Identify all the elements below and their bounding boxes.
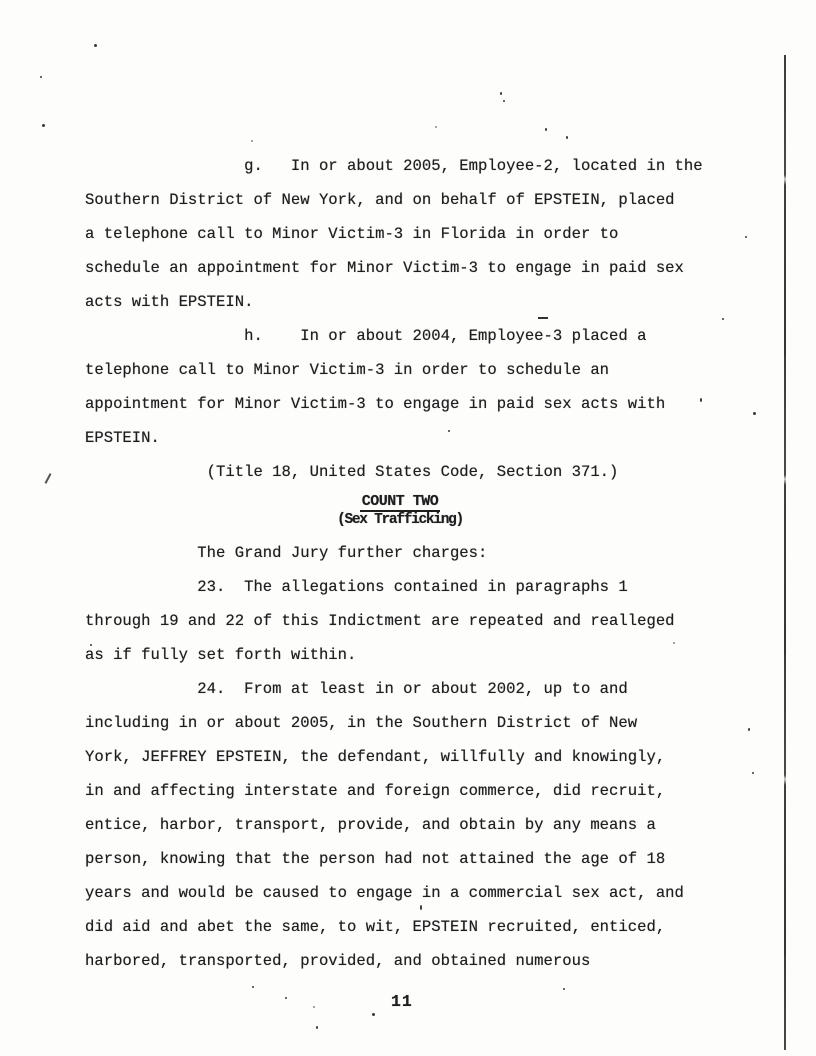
scan-speck [94, 44, 97, 47]
count-subheading: (Sex Trafficking) [0, 512, 800, 529]
count-heading: COUNT TWO [360, 493, 441, 512]
paragraph-g: g. In or about 2005, Employee-2, located… [85, 149, 703, 319]
scan-speck [722, 318, 724, 320]
scan-speck [40, 76, 42, 78]
count-two-heading-block: COUNT TWO (Sex Trafficking) [0, 493, 800, 529]
scan-speck [563, 988, 565, 990]
scan-speck [372, 1013, 375, 1016]
scan-speck [545, 128, 547, 131]
scan-speck [252, 986, 254, 988]
scan-speck [503, 100, 505, 102]
paragraph-h: h. In or about 2004, Employee-3 placed a… [85, 319, 703, 455]
scan-speck [753, 412, 756, 415]
scan-speck [752, 772, 754, 774]
upper-text-block: g. In or about 2005, Employee-2, located… [85, 149, 703, 489]
lower-text-block: The Grand Jury further charges: 23. The … [85, 536, 684, 978]
scan-speck [285, 997, 287, 999]
count-heading-line: COUNT TWO [0, 493, 800, 512]
scan-speck [745, 236, 747, 238]
page-number: 11 [391, 992, 413, 1011]
scan-speck [42, 124, 45, 127]
indictment-page: g. In or about 2005, Employee-2, located… [0, 0, 816, 1056]
statute-citation: (Title 18, United States Code, Section 3… [85, 455, 703, 489]
scan-speck [313, 1006, 315, 1008]
scan-speck [500, 92, 502, 95]
paragraph-24: 24. From at least in or about 2002, up t… [85, 672, 684, 978]
scan-slash-mark [45, 473, 52, 484]
scan-speck [748, 728, 750, 731]
scan-speck [316, 1026, 318, 1029]
scan-speck [435, 126, 437, 128]
scan-speck [251, 140, 253, 142]
scan-speck [566, 136, 568, 139]
paragraph-23: 23. The allegations contained in paragra… [85, 570, 684, 672]
scan-edge-line [784, 55, 786, 1050]
charge-intro: The Grand Jury further charges: [85, 536, 684, 570]
